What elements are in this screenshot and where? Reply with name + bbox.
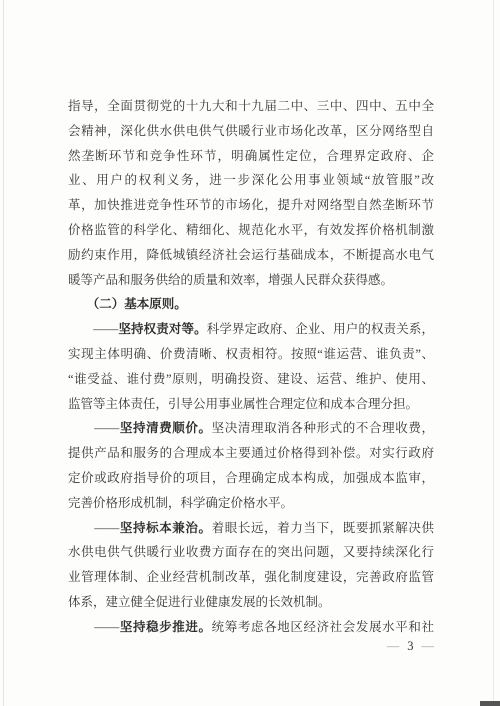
indent-dash: —— <box>68 322 118 336</box>
page-number-dash-right: — <box>422 639 435 653</box>
text-line: 会精神，深化供水供电供气供暖行业市场化改革，区分网络型自 <box>68 119 434 144</box>
principle-lead: 坚持稳步推进。 <box>119 620 211 634</box>
text-line: 实现主体明确、价费清晰、权责相符。按照“谁运营、谁负责”、 <box>68 342 434 367</box>
indent <box>68 297 93 311</box>
page-number: —3— <box>350 639 434 653</box>
text-line: 监管等主体责任，引导公用事业属性合理定位和成本合理分担。 <box>68 392 434 417</box>
principle-lead: 坚持标本兼治。 <box>119 521 211 535</box>
scan-artifact-bottom-right <box>480 701 500 706</box>
text-line: 水供电供气供暖行业收费方面存在的突出问题，又要持续深化行 <box>68 540 434 565</box>
page-number-dash-left: — <box>387 639 400 653</box>
text-run: 科学界定政府、企业、用户的权责关系， <box>207 322 434 336</box>
text-line: 定价或政府指导价的项目，合理确定成本构成，加强成本监审， <box>68 466 434 491</box>
page-number-value: 3 <box>407 639 413 653</box>
indent-dash: —— <box>68 620 119 634</box>
scan-edge-left-line <box>3 0 4 706</box>
text-line: 体系，建立健全促进行业健康发展的长效机制。 <box>68 590 434 615</box>
section-heading: （二）基本原则。 <box>93 297 187 311</box>
text-run: 着眼长远，着力当下，既要抓紧解决供 <box>212 521 434 535</box>
text-line: 提供产品和服务的合理成本主要通过价格得到补偿。对实行政府 <box>68 441 434 466</box>
indent-dash: —— <box>68 421 119 435</box>
text-line: 完善价格形成机制，科学确定价格水平。 <box>68 491 434 516</box>
text-line: 业管理体制、企业经营机制改革，强化制度建设，完善政府监管 <box>68 565 434 590</box>
principle-line: ——坚持清费顺价。坚决清理取消各种形式的不合理收费， <box>68 416 434 441</box>
indent-dash: —— <box>68 521 119 535</box>
text-line: 革，加快推进竞争性环节的市场化，提升对网络型自然垄断环节 <box>68 193 434 218</box>
text-line: 励约束作用，降低城镇经济社会运行基础成本，不断提高水电气 <box>68 243 434 268</box>
principle-lead: 坚持权责对等。 <box>118 322 207 336</box>
text-line: 指导，全面贯彻党的十九大和十九届二中、三中、四中、五中全 <box>68 94 434 119</box>
scan-edge-right-line <box>493 0 494 706</box>
section-heading-line: （二）基本原则。 <box>68 292 434 317</box>
text-line: 然垄断环节和竞争性环节，明确属性定位，合理界定政府、企 <box>68 144 434 169</box>
principle-lead: 坚持清费顺价。 <box>119 421 211 435</box>
principle-line: ——坚持权责对等。科学界定政府、企业、用户的权责关系， <box>68 317 434 342</box>
text-line: 暖等产品和服务供给的质量和效率，增强人民群众获得感。 <box>68 268 434 293</box>
document-body: 指导，全面贯彻党的十九大和十九届二中、三中、四中、五中全 会精神，深化供水供电供… <box>68 94 434 640</box>
text-line: 业、用户的权利义务，进一步深化公用事业领域“放管服”改 <box>68 168 434 193</box>
principle-line: ——坚持稳步推进。统筹考虑各地区经济社会发展水平和社 <box>68 615 434 640</box>
principle-line: ——坚持标本兼治。着眼长远，着力当下，既要抓紧解决供 <box>68 516 434 541</box>
text-run: 统筹考虑各地区经济社会发展水平和社 <box>212 620 434 634</box>
text-run: 坚决清理取消各种形式的不合理收费， <box>212 421 434 435</box>
document-page: 指导，全面贯彻党的十九大和十九届二中、三中、四中、五中全 会精神，深化供水供电供… <box>0 0 500 706</box>
text-line: 价格监管的科学化、精细化、规范化水平，有效发挥价格机制激 <box>68 218 434 243</box>
text-line: “谁受益、谁付费”原则，明确投资、建设、运营、维护、使用、 <box>68 367 434 392</box>
